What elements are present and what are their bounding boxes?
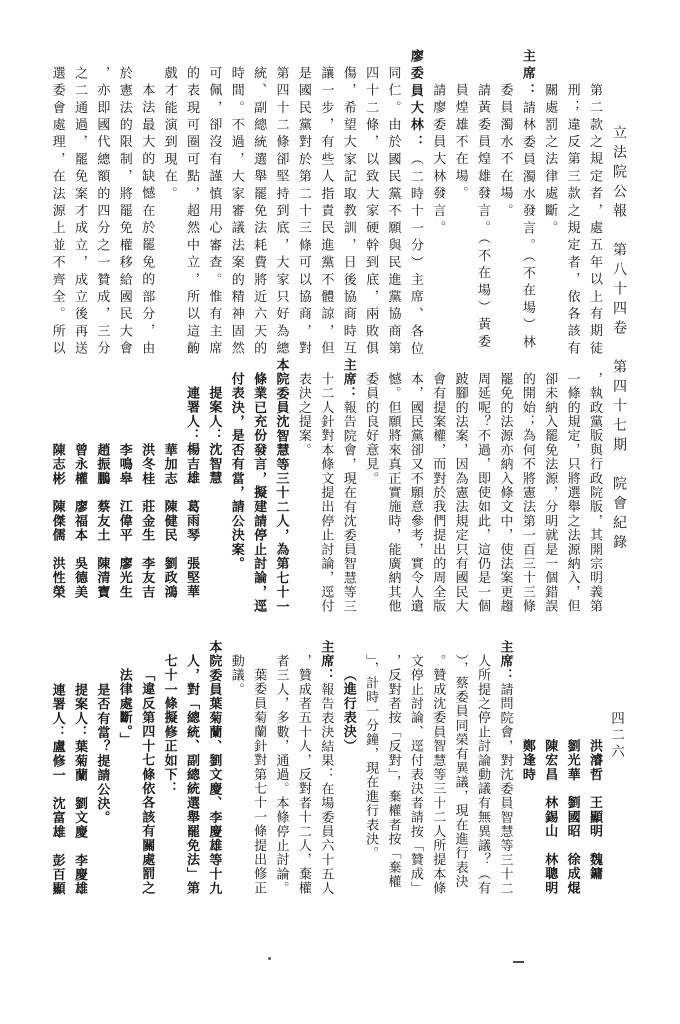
text-column: 跛腳的法案，因為憲法規定只有國民大 <box>455 358 468 620</box>
text-column: 主席：報告表決結果：在場委員六十五人 <box>320 640 333 925</box>
speaker-name: 廖委員大林： <box>409 49 424 152</box>
text-column: 李鳴皋 江偉平 廖光生 <box>119 358 132 620</box>
text-column: 十二人針對本條文提出停止討論，逕付 <box>320 358 333 620</box>
text-column: 文停止討論、逕付表決者請按「贊成」 <box>410 640 423 925</box>
scan-artifact-dash <box>513 961 524 963</box>
text-column: 請黃委員煌雄發言。（不在場）黃委 <box>477 49 490 371</box>
text-column: 讓一步，有些人指責民進黨不體諒，但 <box>320 49 333 371</box>
text-column: 委員濁水不在場。 <box>499 49 512 371</box>
text-column: 。贊成沈委員智慧等三十二人所提本條 <box>432 640 445 925</box>
text-column: ），蔡委員同榮有異議，現在進行表決 <box>455 640 468 925</box>
text-column: 動議。 <box>231 640 244 925</box>
text-column: 陳宏昌 林錫山 林聰明 <box>544 640 557 925</box>
text-column: 周延呢？不過，即使如此，這仍是一個 <box>477 358 490 620</box>
gazette-header-title: 立法院公報 第八十四卷 第四十七期 院會紀錄 <box>611 125 626 554</box>
text-column: 趙振鵬 蔡友土 陳清寶 <box>96 358 109 620</box>
text-column: 人所提之停止討論動議有無異議？（有 <box>477 640 490 925</box>
text-column: ，反對者按「反對」，棄權者按「棄權 <box>387 640 400 925</box>
text-column: 的開始；為何不將憲法第一百三十三條 <box>522 358 535 620</box>
speaker-name: 主席： <box>319 640 334 683</box>
text-column: 本，國民黨卻又不願意參考，實令人遺 <box>410 358 423 620</box>
page-number: 四二六 <box>609 711 624 761</box>
gazette-scan-page: 立法院公報 第八十四卷 第四十七期 院會紀錄 四二六 第二款之規定者，處五年以上… <box>0 0 680 1024</box>
text-column: ，贊成者五十人，反對者十二人，棄權 <box>298 640 311 925</box>
text-column: 葉委員菊蘭針對第七十一條提出修正 <box>253 640 266 925</box>
text-column: 選委會處理，在法源上並不齊全。所以 <box>52 49 65 371</box>
text-column: 表決之提案。 <box>298 358 311 620</box>
text-column: 是國民黨對於第二十三條可以協商，對 <box>298 49 311 371</box>
text-column: 統、副總統選舉罷免法耗費將近六天的 <box>253 49 266 371</box>
text-band-top: 第二款之規定者，處五年以上有期徒刑；違反第三款之規定者，依各該有關處罰之法律處斷… <box>42 49 602 371</box>
text-column: 第二款之規定者，處五年以上有期徒 <box>589 49 602 371</box>
text-column: 主席：請林委員濁水發言。（不在場）林 <box>522 49 535 371</box>
text-column: 於憲法的限制，將罷免權移給國民大會 <box>119 49 132 371</box>
text-column: 時間。不過，大家審議法案的精神固然 <box>231 49 244 371</box>
text-column: 請廖委員大林發言。 <box>432 49 445 371</box>
text-column: 四十二條，以致大家硬幹到底，兩敗俱 <box>365 49 378 371</box>
text-column: 付表決，是否有當，請公決案。 <box>231 358 244 620</box>
text-column: 可佩，卻沒有謹慎用心審查。惟有主席 <box>208 49 221 371</box>
text-column: 罷免的法源亦納入條文中，使法案更趨 <box>499 358 512 620</box>
text-column: 法律處斷。」 <box>119 640 132 925</box>
text-column: 提案人：葉菊蘭 劉文慶 李慶雄 <box>74 640 87 925</box>
text-column: 憾。但願將來真正實施時，能廣納其他 <box>387 358 400 620</box>
text-column: 員煌雄不在場。 <box>455 49 468 371</box>
text-column: 戲才能演到現在。 <box>164 49 177 371</box>
text-band-bottom: 洪濬哲 王顯明 魏鏞劉光華 劉國昭 徐成焜陳宏昌 林錫山 林聰明鄭逢時主席：請問… <box>42 640 602 925</box>
text-column: ，亦即國代總額的四分之一贊成，三分 <box>96 49 109 371</box>
text-column: 「違反第四十七條依各該有關處罰之 <box>141 640 154 925</box>
text-column: 卻未納入罷免法源，分明就是一個錯誤 <box>544 358 557 620</box>
text-column: 第四十二條卻堅持到底，大家只好為總 <box>276 49 289 371</box>
text-column: 本院委員沈智慧等三十二人，為第七十一 <box>276 358 289 620</box>
text-column: 主席：請問院會，對沈委員智慧等三十二 <box>499 640 512 925</box>
text-column: 華加志 陳健民 劉政鴻 <box>164 358 177 620</box>
text-column: 是否有當？提請公決。 <box>96 640 109 925</box>
text-column: 委員的良好意見。 <box>365 358 378 620</box>
text-band-middle: ，執政黨版與行政院版，其開宗明義第一條的規定，只將選舉之法源納入，但卻未納入罷免… <box>42 358 602 620</box>
text-column: 主席：報告院會，現在有沈委員智慧等三 <box>343 358 356 620</box>
text-column: 曾永權 廖福本 吳德美 <box>74 358 87 620</box>
text-column: 七十一條擬修正如下： <box>164 640 177 925</box>
text-column: 連署人：楊吉雄 葛雨琴 張堅華 <box>186 358 199 620</box>
scan-artifact-dot <box>268 957 271 960</box>
speaker-name: 主席： <box>498 640 513 683</box>
text-column: 者三人，多數，通過。本條停止討論。 <box>276 640 289 925</box>
text-column: 本法最大的缺憾在於罷免的部分，由 <box>141 49 154 371</box>
text-column: 洪濬哲 王顯明 魏鏞 <box>589 640 602 925</box>
text-column: 同仁。由於國民黨不願與民進黨協商第 <box>387 49 400 371</box>
speaker-name: 主席： <box>521 49 536 101</box>
text-column: 洪冬桂 莊金生 李友吉 <box>141 358 154 620</box>
text-column: 」，計時一分鐘，現在進行表決。 <box>365 640 378 925</box>
text-column: ，執政黨版與行政院版，其開宗明義第 <box>589 358 602 620</box>
text-column: 劉光華 劉國昭 徐成焜 <box>567 640 580 925</box>
text-column: 會有提案權，而對於我們提出的周全版 <box>432 358 445 620</box>
text-column: 廖委員大林：（二時十一分）主席、各位 <box>410 49 423 371</box>
text-column: 鄭逢時 <box>522 640 535 925</box>
text-column: （進行表決） <box>343 640 356 925</box>
text-column: 本院委員葉菊蘭、劉文慶、李慶雄等十九 <box>208 640 221 925</box>
text-column: 的表現可圈可點，超然中立，所以這齣 <box>186 49 199 371</box>
text-column: 陳志彬 陳傑儒 洪性榮 <box>52 358 65 620</box>
text-column: 刑；違反第三款之規定者，依各該有 <box>567 49 580 371</box>
text-column: 傷，希望大家記取教訓，日後協商時互 <box>343 49 356 371</box>
text-column: 人，對「總統、副總統選舉罷免法」第 <box>186 640 199 925</box>
text-column: 一條的規定，只將選舉之法源納入，但 <box>567 358 580 620</box>
text-column: 條業已充份發言，擬建請停止討論，逕 <box>253 358 266 620</box>
text-column: 連署人：盧修一 沈富雄 彭百顯 <box>52 640 65 925</box>
text-column: 提案人：沈智慧 <box>208 358 221 620</box>
text-column: 關處罰之法律處斷。 <box>544 49 557 371</box>
speaker-name: 主席： <box>342 358 357 401</box>
text-column: 之二通過，罷免案才成立，成立後再送 <box>74 49 87 371</box>
